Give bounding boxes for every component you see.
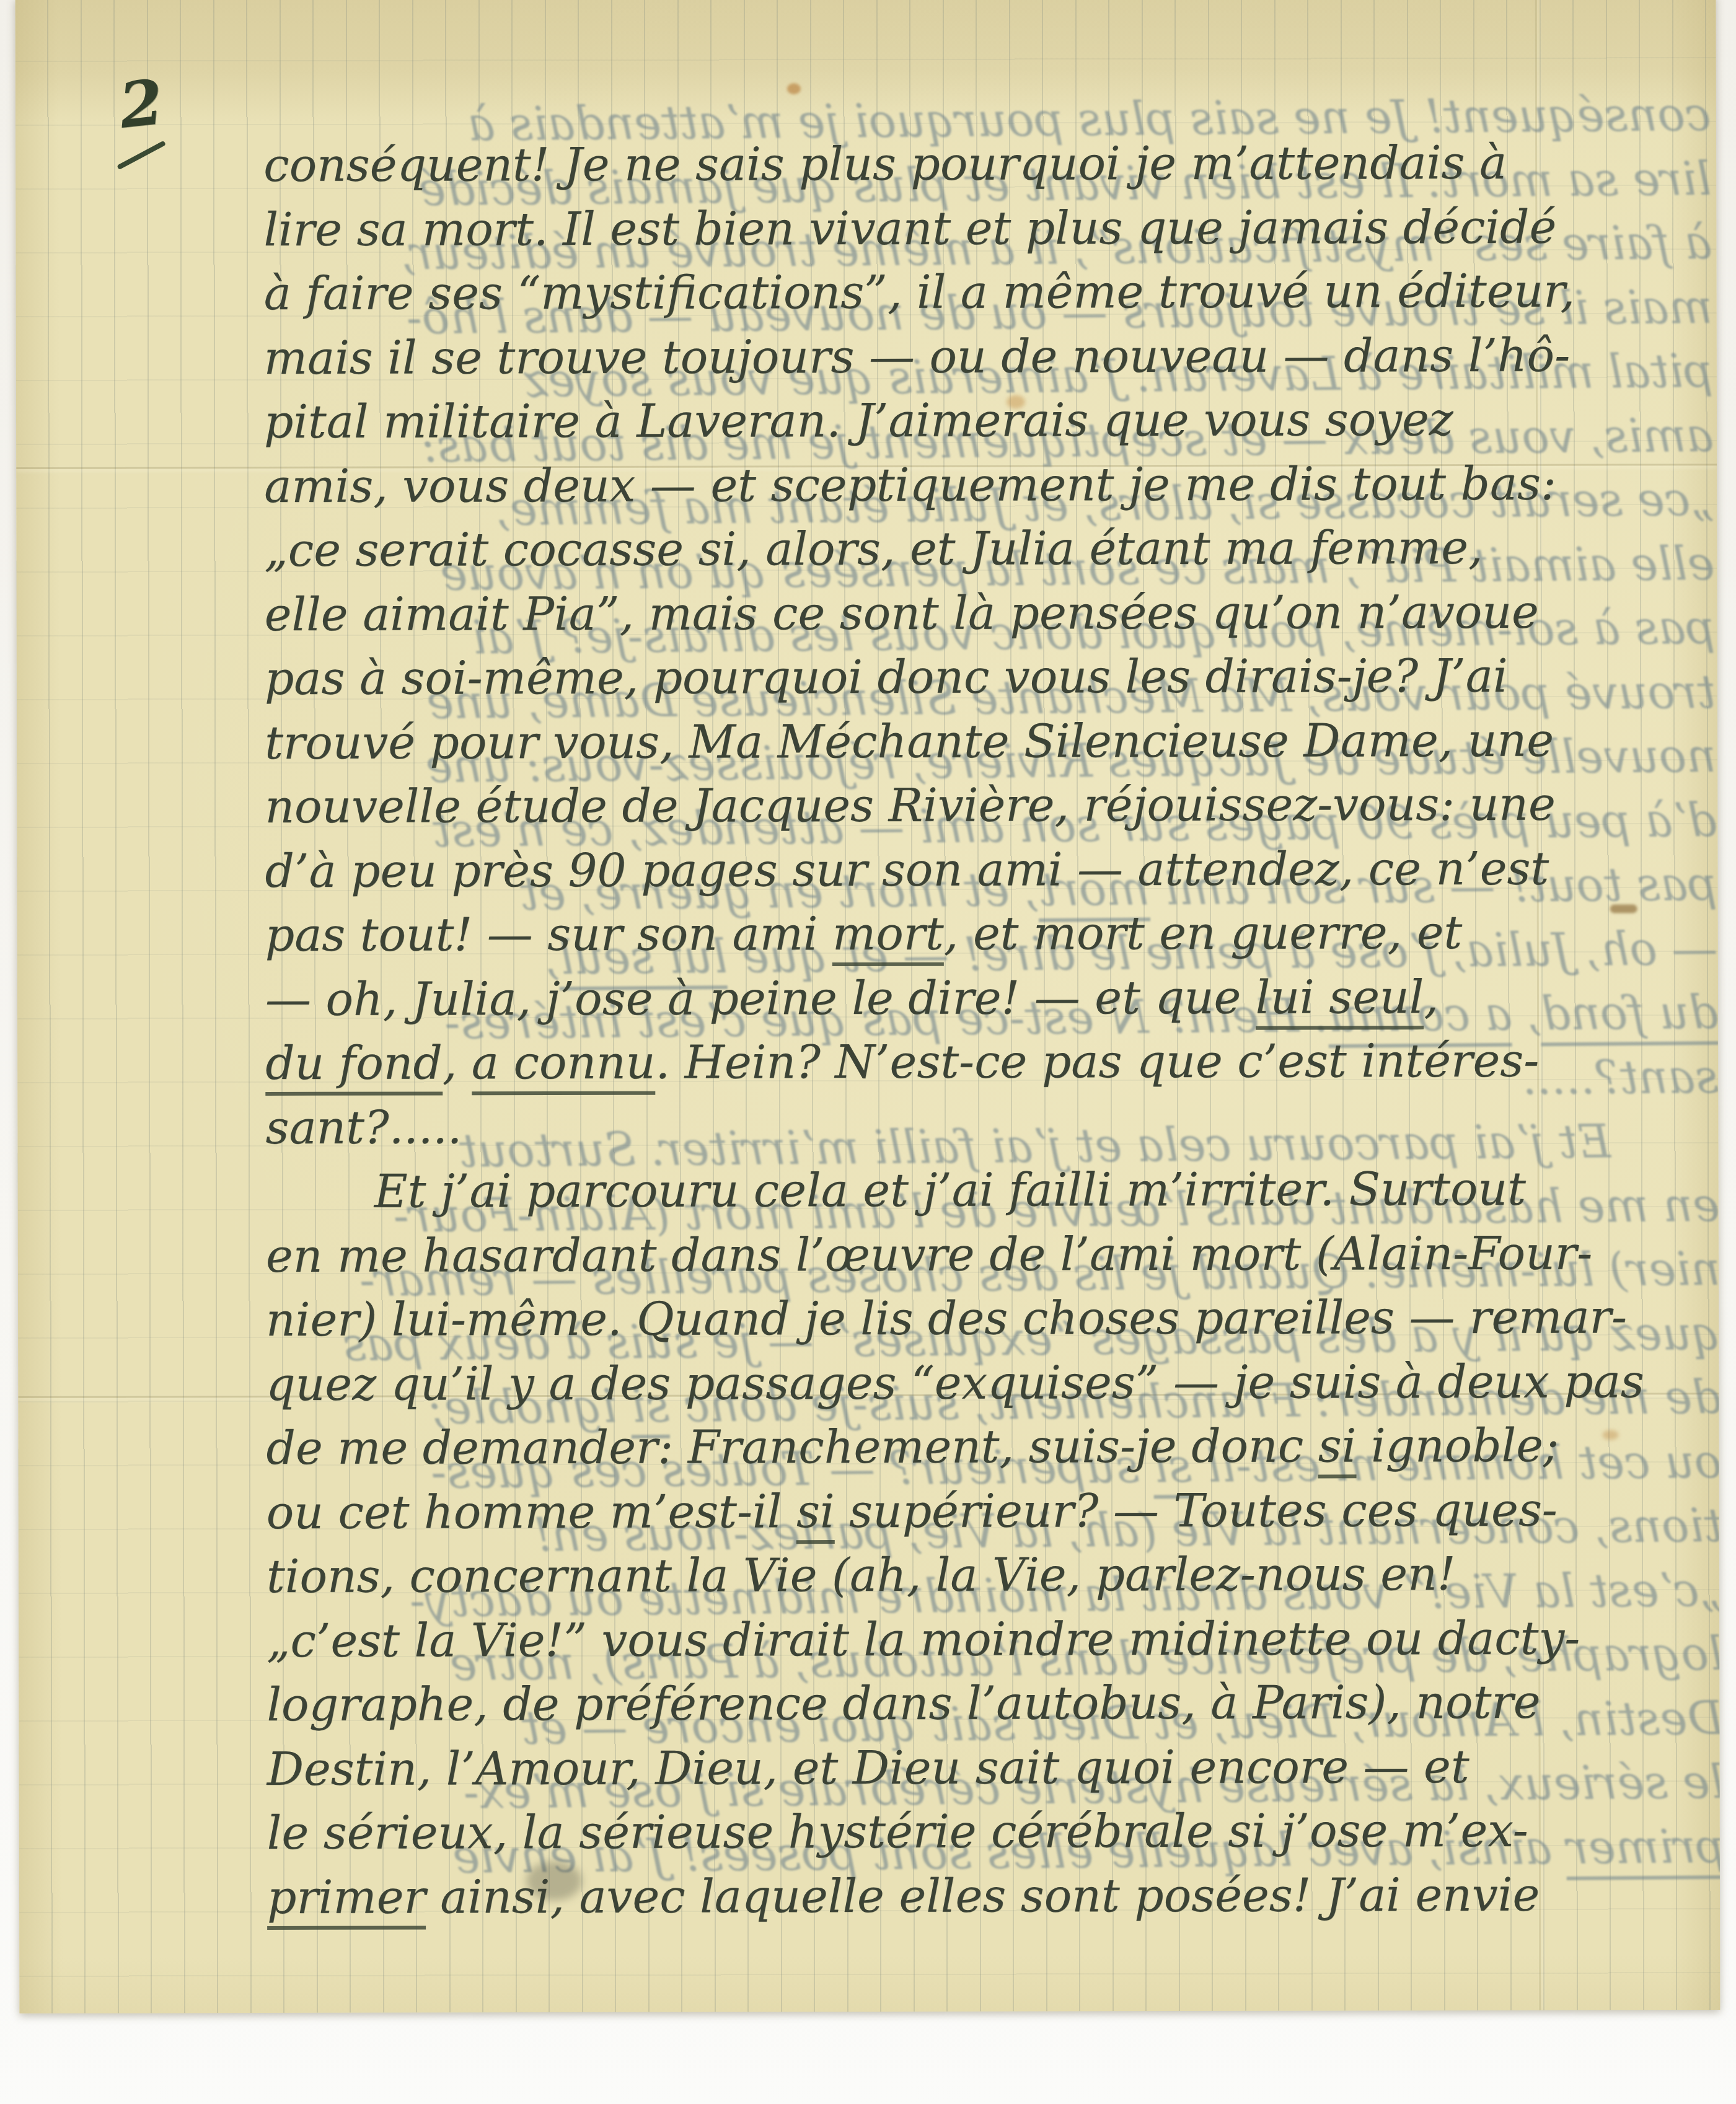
- text-segment: tions, concernant la Vie (ah, la Vie, pa…: [267, 1547, 1456, 1603]
- text-segment: elle aimait Pia”, mais ce sont là pensée…: [265, 585, 1539, 641]
- text-segment: sant?.....: [265, 1101, 462, 1155]
- letter-line: du fond, a connu. Hein? N’est-ce pas que…: [265, 1029, 1644, 1096]
- text-segment: amis, vous deux — et sceptiquement je me…: [264, 457, 1556, 513]
- letter-page: conséquent! Je ne sais plus pourquoi je …: [15, 0, 1721, 2014]
- text-segment: conséquent! Je ne sais plus pourquoi je …: [263, 136, 1507, 192]
- underlined-text: du fond: [265, 1036, 443, 1096]
- text-segment: ,: [443, 1036, 472, 1089]
- text-segment: le sérieux, la sérieuse hystérie cérébra…: [267, 1804, 1528, 1860]
- text-segment: quez qu’il y a des passages “exquises” —…: [266, 1355, 1644, 1411]
- text-segment: lire sa mort. Il est bien vivant et plus…: [263, 200, 1556, 256]
- letter-line: lire sa mort. Il est bien vivant et plus…: [263, 195, 1642, 262]
- letter-line: Destin, l’Amour, Dieu, et Dieu sait quoi…: [267, 1735, 1645, 1802]
- letter-line: en me hasardant dans l’œuvre de l’ami mo…: [266, 1221, 1644, 1288]
- letter-line: — oh, Julia, j’ose à peine le dire! — et…: [265, 965, 1644, 1032]
- scan-background: conséquent! Je ne sais plus pourquoi je …: [0, 0, 1736, 2104]
- letter-line: amis, vous deux — et sceptiquement je me…: [264, 452, 1642, 519]
- text-segment: à faire ses “mystifications”, il a même …: [264, 265, 1575, 320]
- text-segment: , et mort en guerre, et: [944, 906, 1463, 961]
- letter-line: tions, concernant la Vie (ah, la Vie, pa…: [267, 1542, 1645, 1609]
- text-segment: mais il se trouve toujours — ou de nouve…: [264, 328, 1570, 384]
- underlined-text: primer: [267, 1870, 426, 1930]
- text-segment: lographe, de préférence dans l’autobus, …: [267, 1676, 1540, 1732]
- letter-line: pas à soi-même, pourquoi donc vous les d…: [265, 644, 1643, 711]
- underlined-text: si: [1318, 1419, 1357, 1478]
- letter-line: trouvé pour vous, Ma Méchante Silencieus…: [265, 708, 1643, 775]
- text-segment: „c’est la Vie!” vous dirait la moindre m…: [267, 1611, 1580, 1667]
- letter-line: ou cet homme m’est-il si supérieur? — To…: [267, 1478, 1645, 1545]
- text-segment: supérieur? — Toutes ces ques-: [834, 1483, 1557, 1538]
- letter-line: quez qu’il y a des passages “exquises” —…: [266, 1350, 1644, 1417]
- letter-line: „c’est la Vie!” vous dirait la moindre m…: [267, 1606, 1645, 1673]
- letter-line: lographe, de préférence dans l’autobus, …: [267, 1670, 1645, 1737]
- letter-line: pital militaire à Laveran. J’aimerais qu…: [264, 387, 1642, 454]
- text-segment: ,: [1424, 971, 1439, 1024]
- page-number-underline: [117, 141, 166, 170]
- letter-line: Et j’ai parcouru cela et j’ai failli m’i…: [266, 1157, 1644, 1224]
- underlined-text: a connu: [472, 1036, 656, 1096]
- text-segment: Et j’ai parcouru cela et j’ai failli m’i…: [374, 1163, 1526, 1218]
- underlined-text: lui seul: [1256, 971, 1424, 1030]
- text-segment: nier) lui-même. Quand je lis des choses …: [266, 1290, 1627, 1347]
- underlined-text: mort: [832, 907, 944, 966]
- page-number: 2: [116, 65, 167, 143]
- letter-line: d’à peu près 90 pages sur son ami — atte…: [265, 837, 1643, 904]
- text-segment: trouvé pour vous, Ma Méchante Silencieus…: [265, 713, 1554, 769]
- letter-line: primer ainsi, avec laquelle elles sont p…: [267, 1863, 1646, 1930]
- text-segment: „ce serait cocasse si, alors, et Julia é…: [264, 521, 1483, 577]
- letter-line: nouvelle étude de Jacques Rivière, réjou…: [265, 772, 1643, 839]
- letter-body: conséquent! Je ne sais plus pourquoi je …: [263, 131, 1646, 1930]
- letter-line: pas tout! — sur son ami mort, et mort en…: [265, 900, 1644, 967]
- text-segment: Destin, l’Amour, Dieu, et Dieu sait quoi…: [267, 1740, 1469, 1795]
- text-segment: d’à peu près 90 pages sur son ami — atte…: [265, 842, 1549, 897]
- text-segment: . Hein? N’est-ce pas que c’est intéres-: [655, 1034, 1539, 1089]
- text-segment: ignoble;: [1356, 1419, 1559, 1473]
- text-segment: pas tout! — sur son ami: [265, 907, 832, 962]
- text-segment: de me demander: Franchement, suis-je don…: [266, 1419, 1318, 1475]
- text-segment: en me hasardant dans l’œuvre de l’ami mo…: [266, 1226, 1592, 1282]
- letter-line: nier) lui-même. Quand je lis des choses …: [266, 1285, 1644, 1352]
- underlined-text: si: [796, 1485, 835, 1544]
- text-segment: — oh, Julia, j’ose à peine le dire! — et…: [265, 971, 1256, 1026]
- text-segment: pas à soi-même, pourquoi donc vous les d…: [265, 649, 1508, 705]
- letter-line: sant?.....: [265, 1093, 1644, 1160]
- letter-line: conséquent! Je ne sais plus pourquoi je …: [263, 131, 1642, 198]
- stain: [787, 83, 801, 94]
- letter-line: mais il se trouve toujours — ou de nouve…: [264, 324, 1642, 390]
- text-segment: ou cet homme m’est-il: [267, 1485, 796, 1539]
- letter-line: „ce serait cocasse si, alors, et Julia é…: [264, 516, 1642, 583]
- text-segment: nouvelle étude de Jacques Rivière, réjou…: [265, 778, 1556, 834]
- letter-line: à faire ses “mystifications”, il a même …: [263, 259, 1642, 326]
- text-segment: pital militaire à Laveran. J’aimerais qu…: [264, 393, 1453, 449]
- letter-line: de me demander: Franchement, suis-je don…: [266, 1414, 1644, 1481]
- letter-line: elle aimait Pia”, mais ce sont là pensée…: [265, 580, 1643, 647]
- text-segment: ainsi, avec laquelle elles sont posées! …: [426, 1868, 1540, 1924]
- letter-line: le sérieux, la sérieuse hystérie cérébra…: [267, 1798, 1646, 1865]
